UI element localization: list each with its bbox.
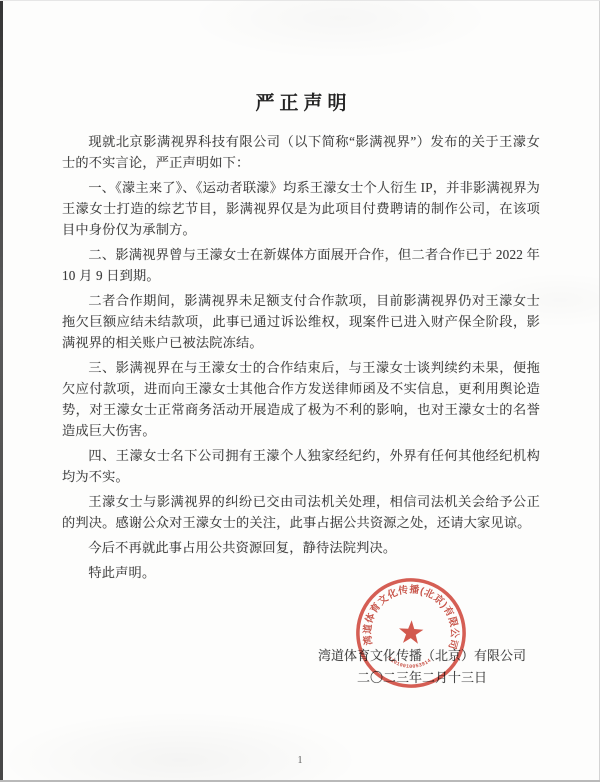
scanned-statement-page: 严正声明 现就北京影满视界科技有限公司（以下简称“影满视界”）发布的关于王濛女士… [0,0,600,782]
page-number: 1 [0,755,600,766]
page-title: 严正声明 [62,88,540,115]
statement-paragraph-1: 一、《濛主来了》、《运动者联濛》均系王濛女士个人衍生 IP，并非影满视界为王濛女… [62,177,540,240]
seal-number: 11010010053914 [386,655,433,671]
statement-paragraph-intro: 现就北京影满视界科技有限公司（以下简称“影满视界”）发布的关于王濛女士的不实言论… [62,131,540,173]
svg-text:湾道体育文化传播(北京)有限公司: 湾道体育文化传播(北京)有限公司 [360,580,464,651]
svg-text:11010010053914: 11010010053914 [386,655,433,671]
scan-edge-left [0,0,3,782]
statement-paragraph-3: 三、影满视界在与王濛女士的合作结束后，与王濛女士谈判续约未果，便拖欠应付款项，进… [62,357,540,441]
statement-body: 现就北京影满视界科技有限公司（以下简称“影满视界”）发布的关于王濛女士的不实言论… [62,131,540,583]
seal-company-text: 湾道体育文化传播(北京)有限公司 [360,580,464,651]
statement-paragraph-6: 今后不再就此事占用公共资源回复，静待法院判决。 [62,537,540,558]
statement-paragraph-5: 王濛女士与影满视界的纠纷已交由司法机关处理，相信司法机关会给予公正的判决。感谢公… [62,491,540,533]
official-seal: 湾道体育文化传播(北京)有限公司 11010010053914 [349,571,473,695]
statement-paragraph-2b: 二者合作期间，影满视界未足额支付合作款项，目前影满视界仍对王濛女士拖欠巨额应结未… [62,290,540,353]
statement-paragraph-4: 四、王濛女士名下公司拥有王濛个人独家经纪约，外界有任何其他经纪机构均为不实。 [62,445,540,487]
scan-edge-top [0,0,600,1]
statement-paragraph-2: 二、影满视界曾与王濛女士在新媒体方面展开合作，但二者合作已于 2022 年 10… [62,244,540,286]
seal-star-icon [398,620,424,644]
